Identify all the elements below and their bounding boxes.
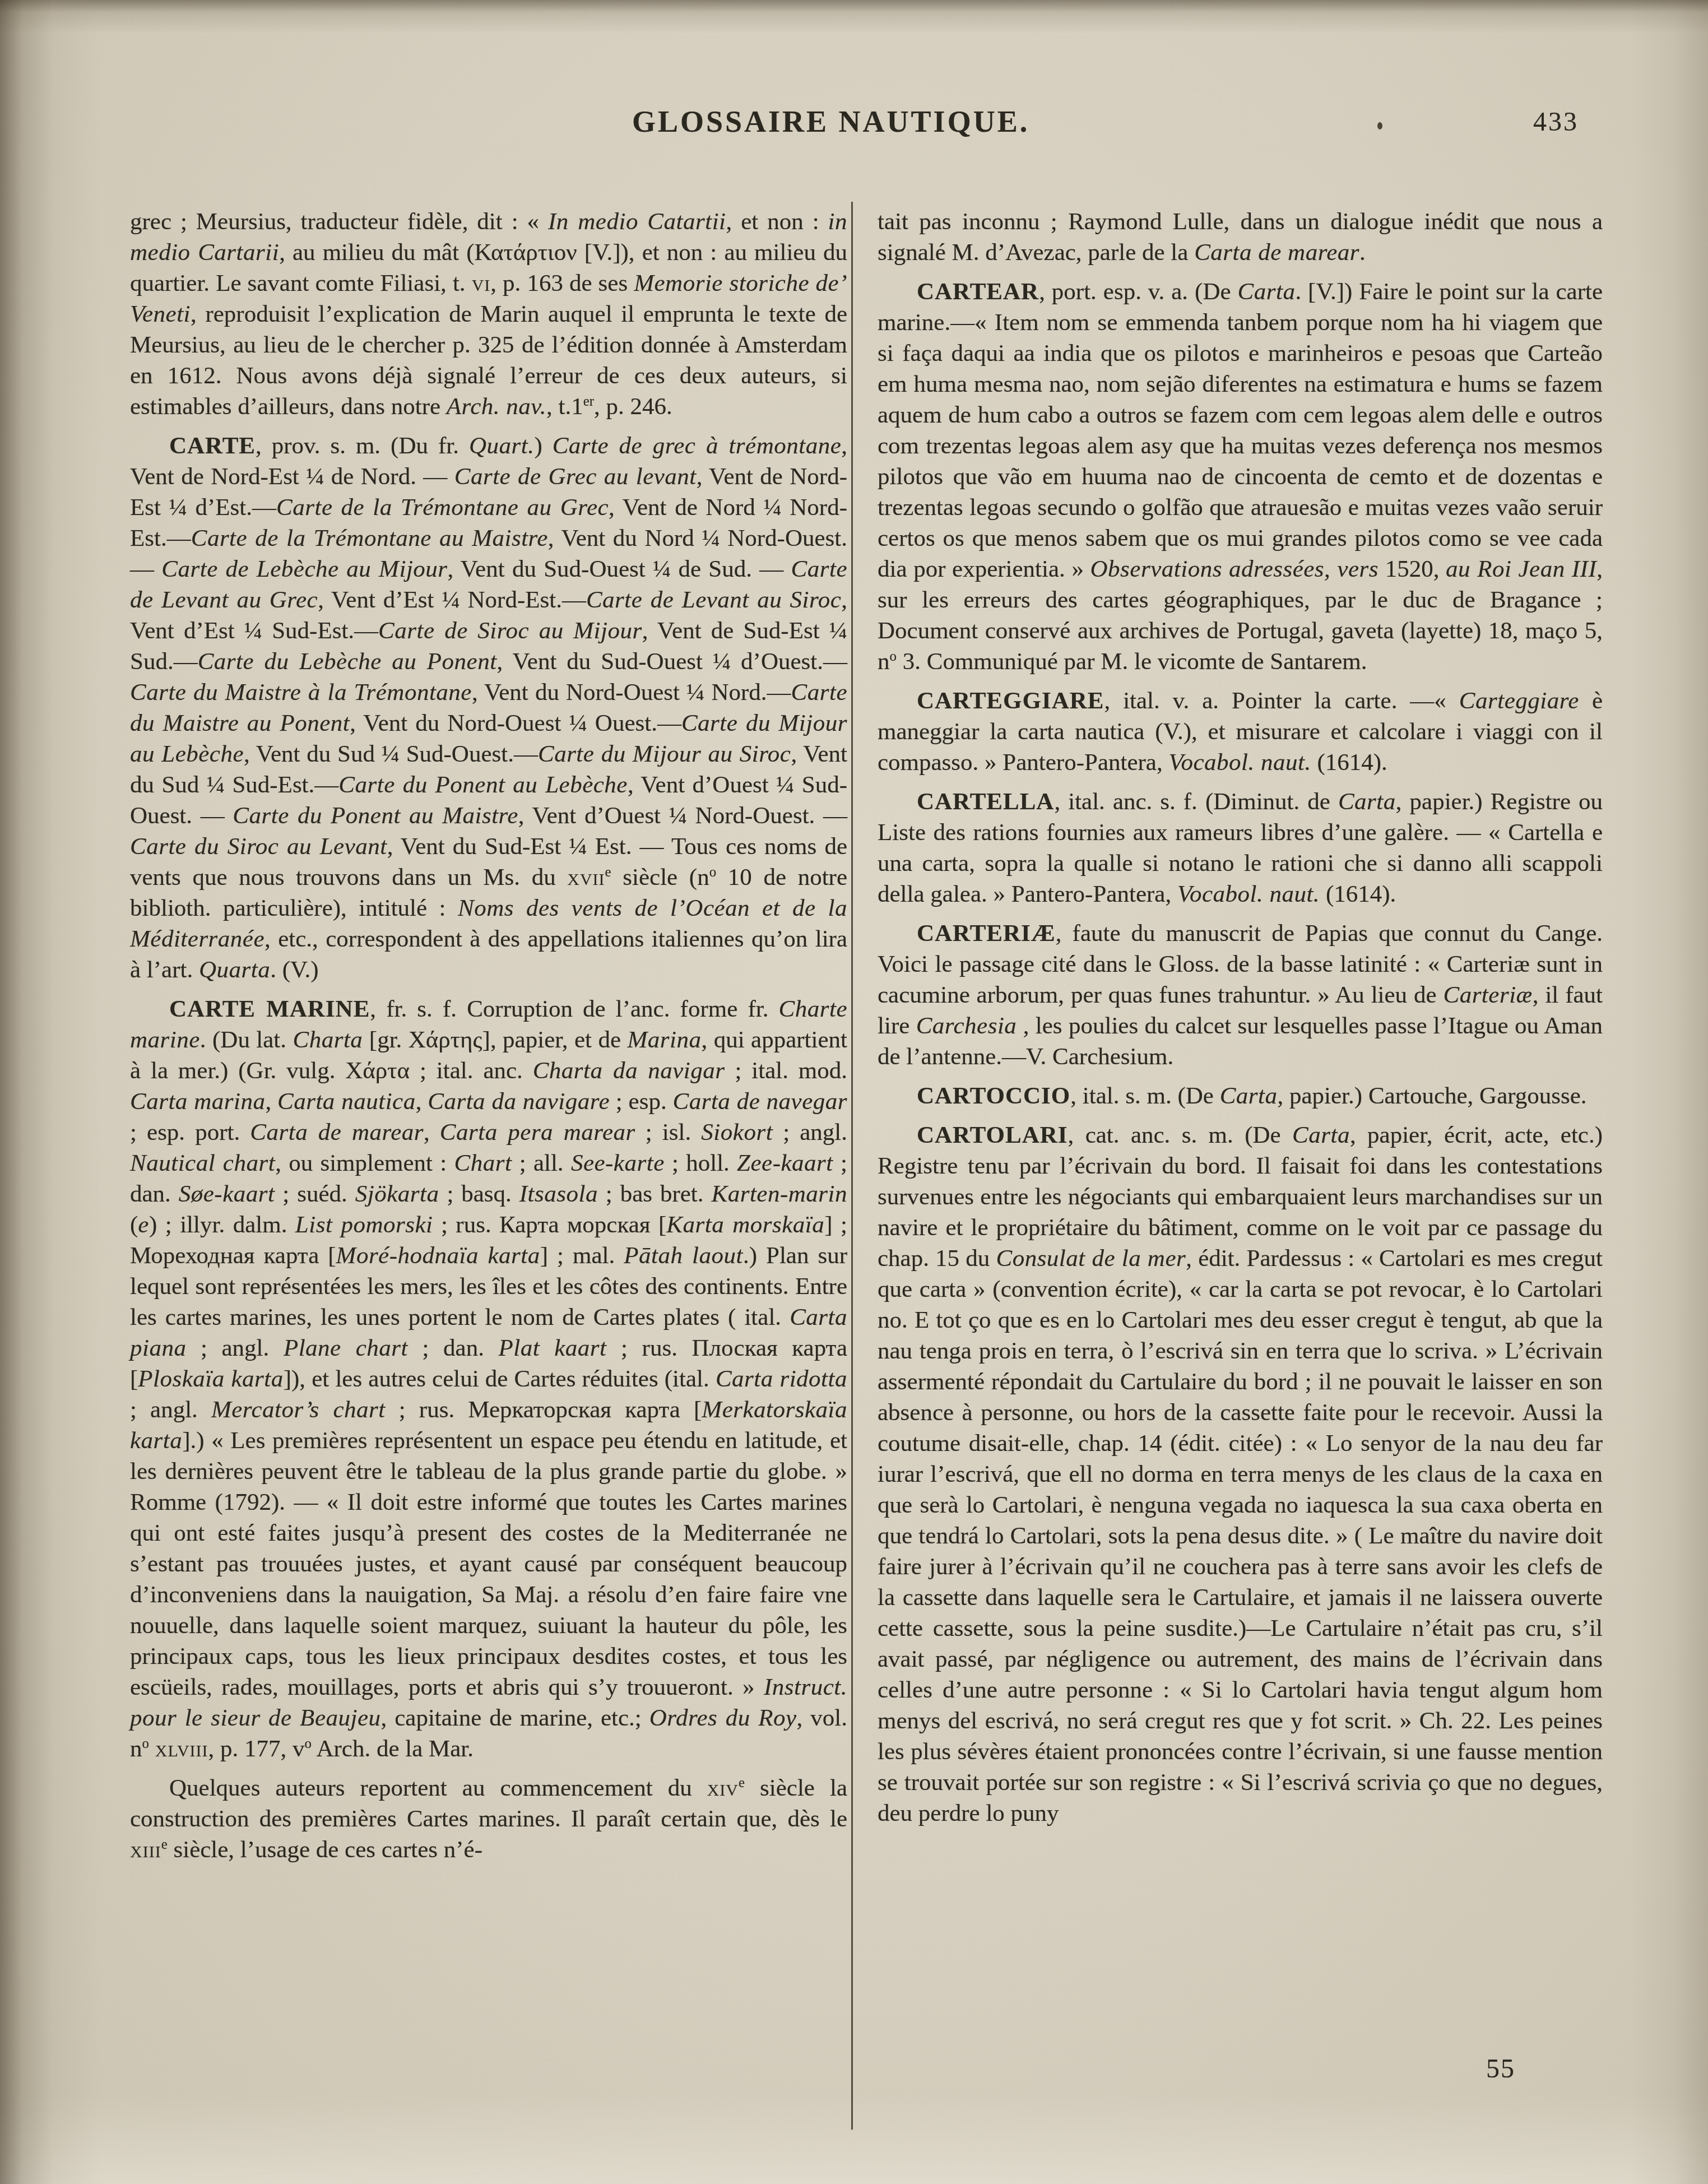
- page-number: 433: [1533, 106, 1579, 137]
- entry-paragraph-quelques-auteurs: Quelques auteurs reportent au commenceme…: [130, 1773, 847, 1865]
- entry-paragraph-cartella: CARTELLA, ital. anc. s. f. (Diminut. de …: [878, 786, 1603, 910]
- entry-paragraph-continuation-grec: grec ; Meursius, traducteur fidèle, dit …: [130, 206, 847, 422]
- entry-paragraph-cartolari: CARTOLARI, cat. anc. s. m. (De Carta, pa…: [878, 1120, 1603, 1829]
- entry-paragraph-carte-marine: CARTE MARINE, fr. s. f. Corruption de l’…: [130, 994, 847, 1764]
- scanned-page: GLOSSAIRE NAUTIQUE. 433 grec ; Meursius,…: [0, 0, 1708, 2184]
- ink-speck: [1377, 122, 1382, 129]
- entry-paragraph-continuation-tait: tait pas inconnu ; Raymond Lulle, dans u…: [878, 206, 1603, 268]
- entry-paragraph-carteriae: CARTERIÆ, faute du manuscrit de Papias q…: [878, 918, 1603, 1072]
- entry-paragraph-carte: CARTE, prov. s. m. (Du fr. Quart.) Carte…: [130, 430, 847, 985]
- right-column: tait pas inconnu ; Raymond Lulle, dans u…: [878, 206, 1603, 1829]
- left-column: grec ; Meursius, traducteur fidèle, dit …: [130, 206, 847, 1865]
- entry-paragraph-cartear: CARTEAR, port. esp. v. a. (De Carta. [V.…: [878, 276, 1603, 677]
- signature-mark: 55: [1486, 2053, 1515, 2084]
- entry-paragraph-carteggiare: CARTEGGIARE, ital. v. a. Pointer la cart…: [878, 685, 1603, 778]
- entry-paragraph-cartoccio: CARTOCCIO, ital. s. m. (De Carta, papier…: [878, 1081, 1603, 1111]
- column-divider-rule: [851, 202, 853, 2130]
- running-title: GLOSSAIRE NAUTIQUE.: [632, 104, 1029, 139]
